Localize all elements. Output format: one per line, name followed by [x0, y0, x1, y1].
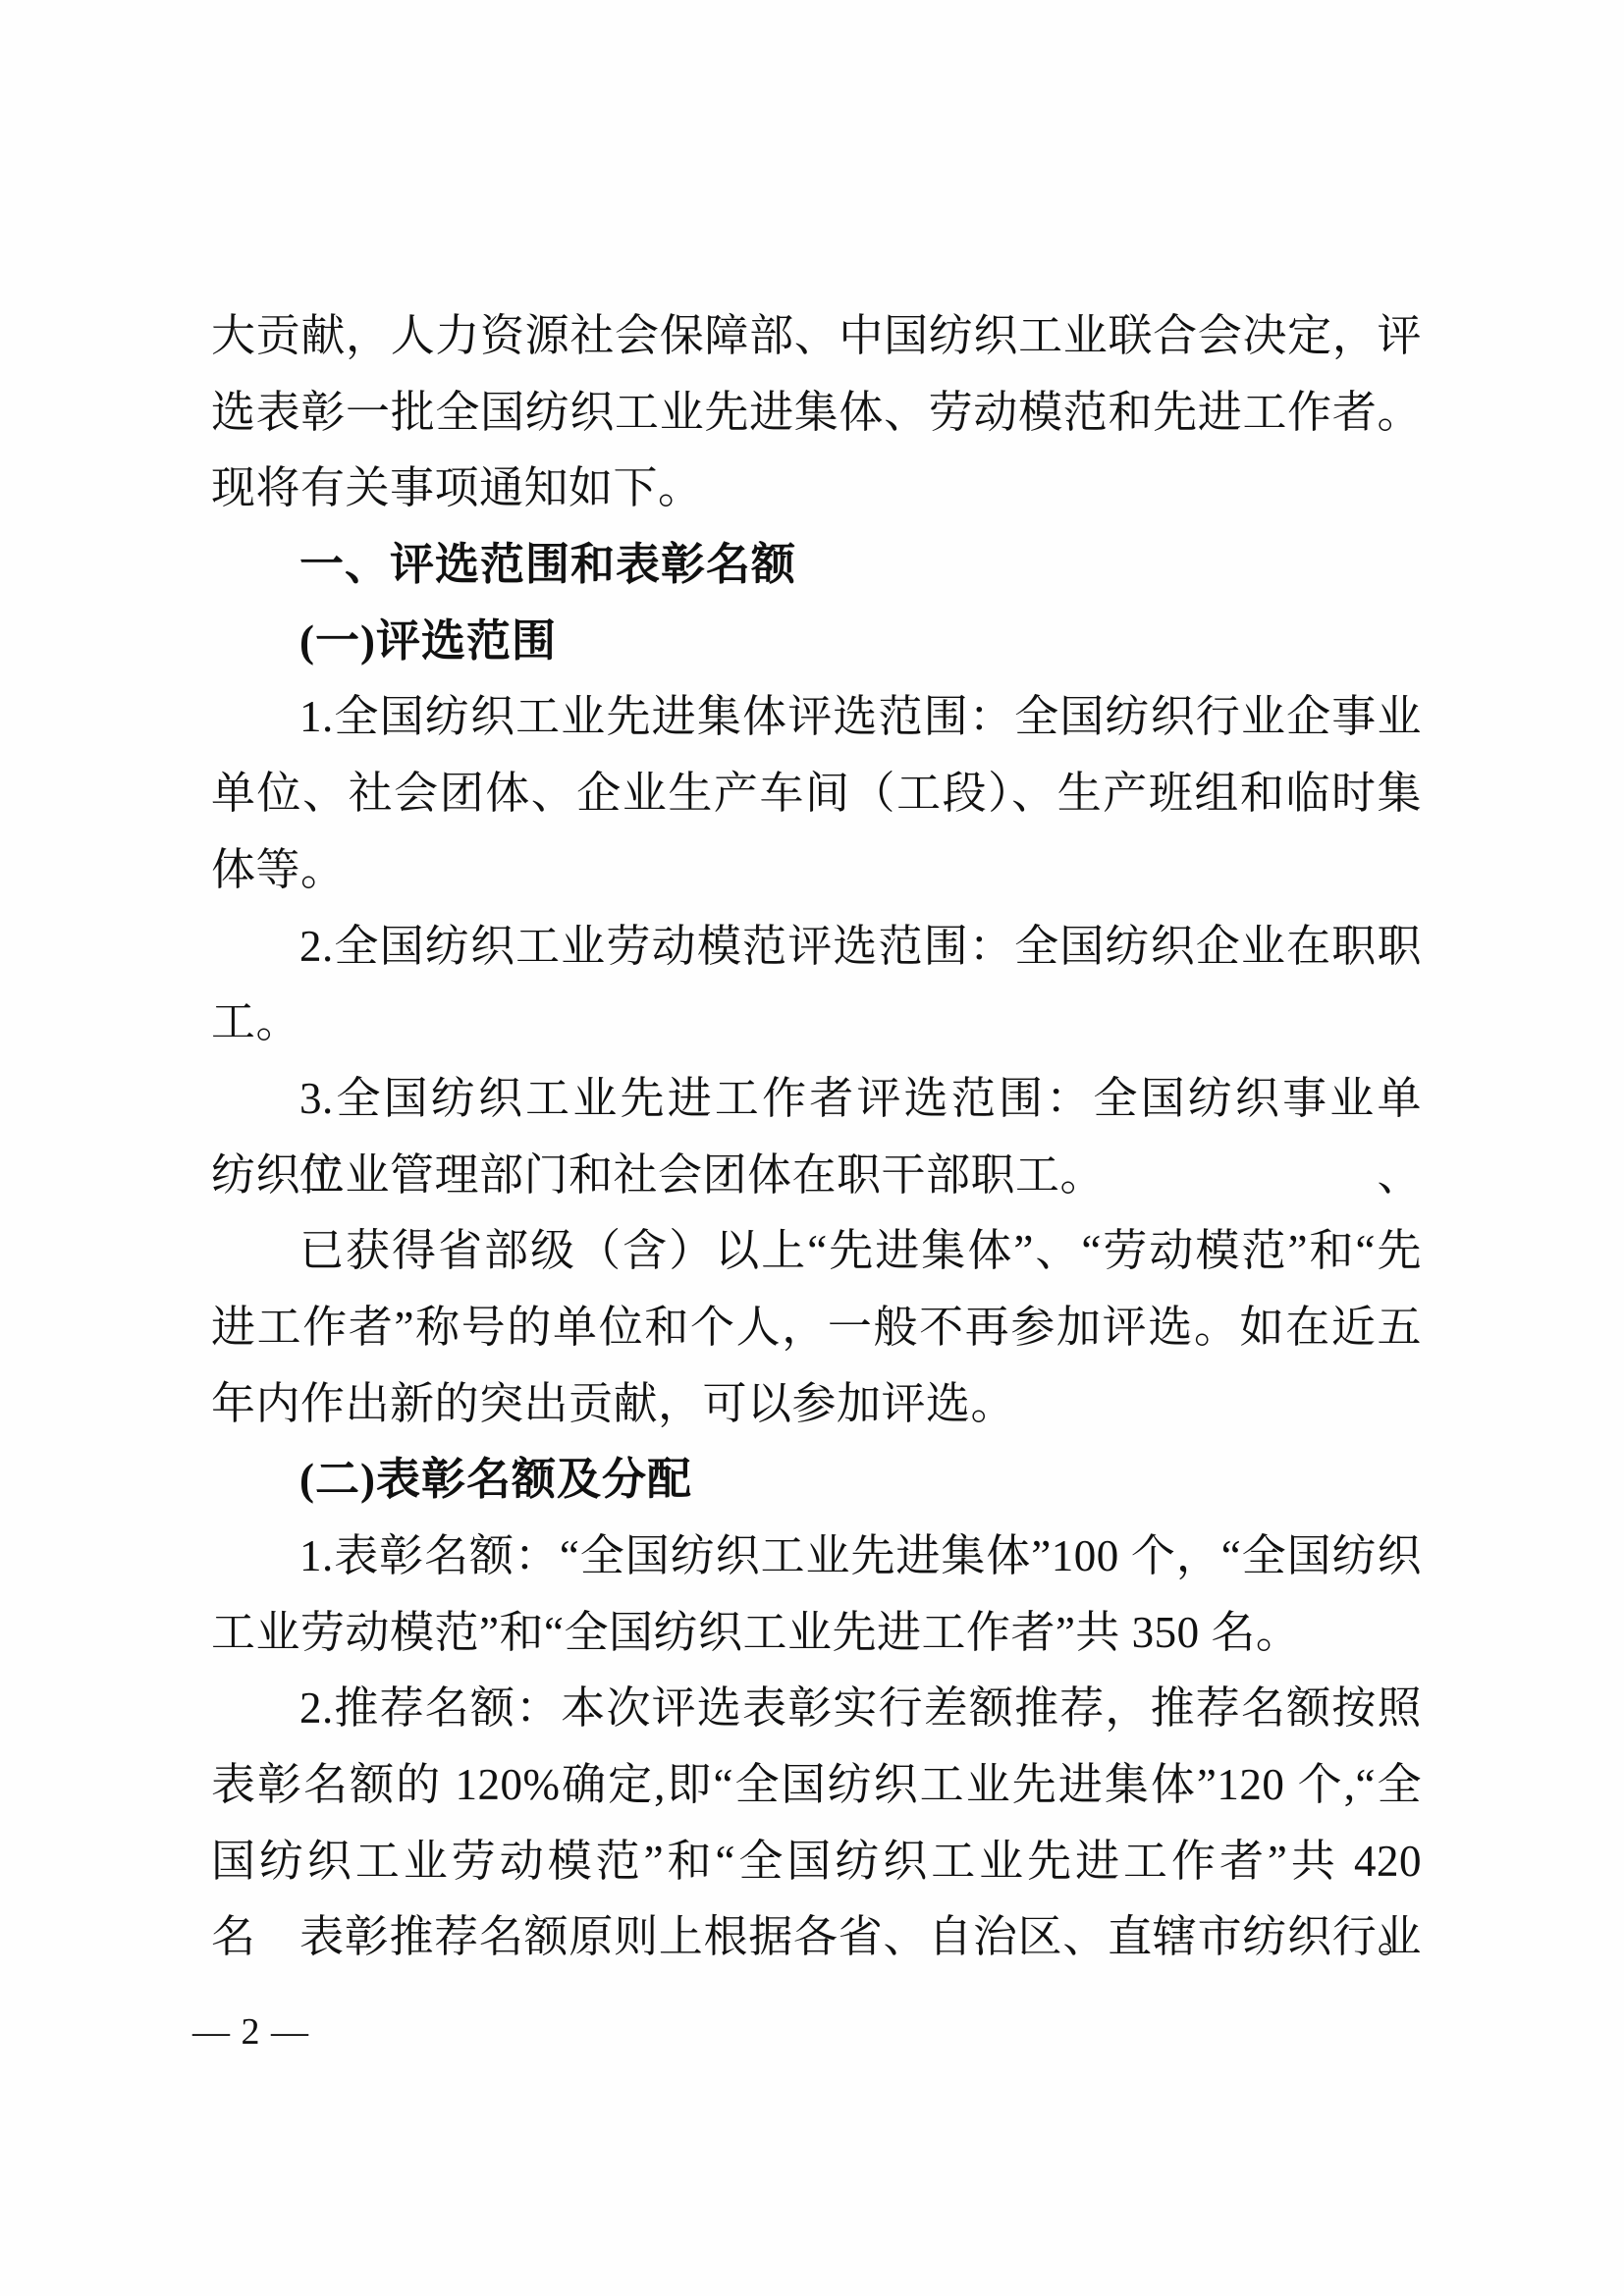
paragraph-line: 表彰推荐名额原则上根据各省、自治区、直辖市纺织行业 [211, 1899, 1422, 1976]
paragraph-line: 现将有关事项通知如下。 [211, 451, 1422, 527]
paragraph-line: 工业劳动模范”和“全国纺织工业先进工作者”共 350 名。 [211, 1595, 1422, 1672]
paragraph-line: 大贡献，人力资源社会保障部、中国纺织工业联合会决定，评 [211, 298, 1422, 375]
section-heading: 一、评选范围和表彰名额 [211, 527, 1422, 604]
subsection-heading: (二)表彰名额及分配 [211, 1442, 1422, 1519]
paragraph-line: 选表彰一批全国纺织工业先进集体、劳动模范和先进工作者。 [211, 375, 1422, 452]
paragraph-line: 单位、社会团体、企业生产车间（工段）、生产班组和临时集 [211, 756, 1422, 832]
paragraph-line: 1.全国纺织工业先进集体评选范围：全国纺织行业企事业 [211, 679, 1422, 756]
paragraph-line: 进工作者”称号的单位和个人，一般不再参加评选。如在近五 [211, 1290, 1422, 1366]
subsection-heading: (一)评选范围 [211, 604, 1422, 680]
paragraph-line: 表彰名额的 120%确定,即“全国纺织工业先进集体”120 个,“全 [211, 1747, 1422, 1824]
paragraph-line: 国纺织工业劳动模范”和“全国纺织工业先进工作者”共 420 名。 [211, 1824, 1422, 1900]
document-page: 大贡献，人力资源社会保障部、中国纺织工业联合会决定，评 选表彰一批全国纺织工业先… [0, 0, 1624, 2296]
document-text-block: 大贡献，人力资源社会保障部、中国纺织工业联合会决定，评 选表彰一批全国纺织工业先… [211, 298, 1422, 1976]
paragraph-line: 已获得省部级（含）以上“先进集体”、“劳动模范”和“先 [211, 1213, 1422, 1290]
paragraph-line: 年内作出新的突出贡献，可以参加评选。 [211, 1366, 1422, 1443]
paragraph-line: 1.表彰名额：“全国纺织工业先进集体”100 个，“全国纺织 [211, 1519, 1422, 1595]
paragraph-line: 体等。 [211, 832, 1422, 909]
paragraph-line: 工。 [211, 985, 1422, 1061]
paragraph-line: 3.全国纺织工业先进工作者评选范围：全国纺织事业单位、 [211, 1061, 1422, 1138]
paragraph-line: 2.推荐名额：本次评选表彰实行差额推荐，推荐名额按照 [211, 1671, 1422, 1747]
paragraph-line: 2.全国纺织工业劳动模范评选范围：全国纺织企业在职职 [211, 909, 1422, 986]
page-number: — 2 — [192, 2010, 309, 2054]
